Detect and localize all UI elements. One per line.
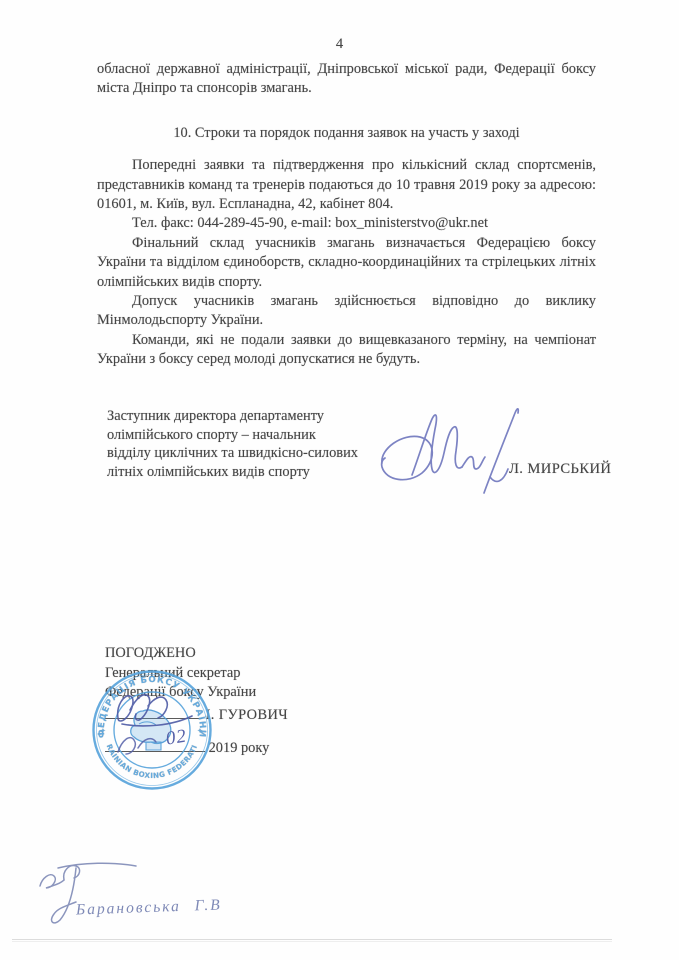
handwritten-date: 02 <box>164 725 188 750</box>
approval-label: ПОГОДЖЕНО <box>105 644 288 664</box>
approval-name: І. ГУРОВИЧ <box>206 707 288 723</box>
approval-date-suffix: 2019 року <box>209 740 270 756</box>
signatory-name: Л. МИРСЬКИЙ <box>509 461 611 478</box>
hurovych-signature <box>112 686 202 731</box>
stamp-separator-left-icon: ✦ <box>100 727 106 735</box>
mirsky-signature <box>372 405 537 500</box>
scanned-document-page: 4 обласної державної адміністрації, Дніп… <box>0 0 679 960</box>
section-heading: 10. Строки та порядок подання заявок на … <box>97 124 596 143</box>
paragraph-late-teams: Команди, які не подали заявки до вищевка… <box>97 331 596 370</box>
paragraph-applications: Попередні заявки та підтвердження про кі… <box>97 156 596 214</box>
scan-page-edge-line <box>12 939 612 940</box>
handwritten-day-scrawl <box>114 730 164 758</box>
document-body: обласної державної адміністрації, Дніпро… <box>97 60 596 370</box>
baranovska-signature <box>28 856 143 934</box>
page-number: 4 <box>0 36 679 53</box>
paragraph-final-roster: Фінальний склад учасників змагань визнач… <box>97 234 596 292</box>
handwritten-surname: Барановська Г.В <box>76 896 222 919</box>
paragraph-intro: обласної державної адміністрації, Дніпро… <box>97 60 596 99</box>
paragraph-admission: Допуск учасників змагань здійснюється ві… <box>97 292 596 331</box>
paragraph-contacts: Тел. факс: 044-289-45-90, e-mail: box_mi… <box>97 214 596 233</box>
